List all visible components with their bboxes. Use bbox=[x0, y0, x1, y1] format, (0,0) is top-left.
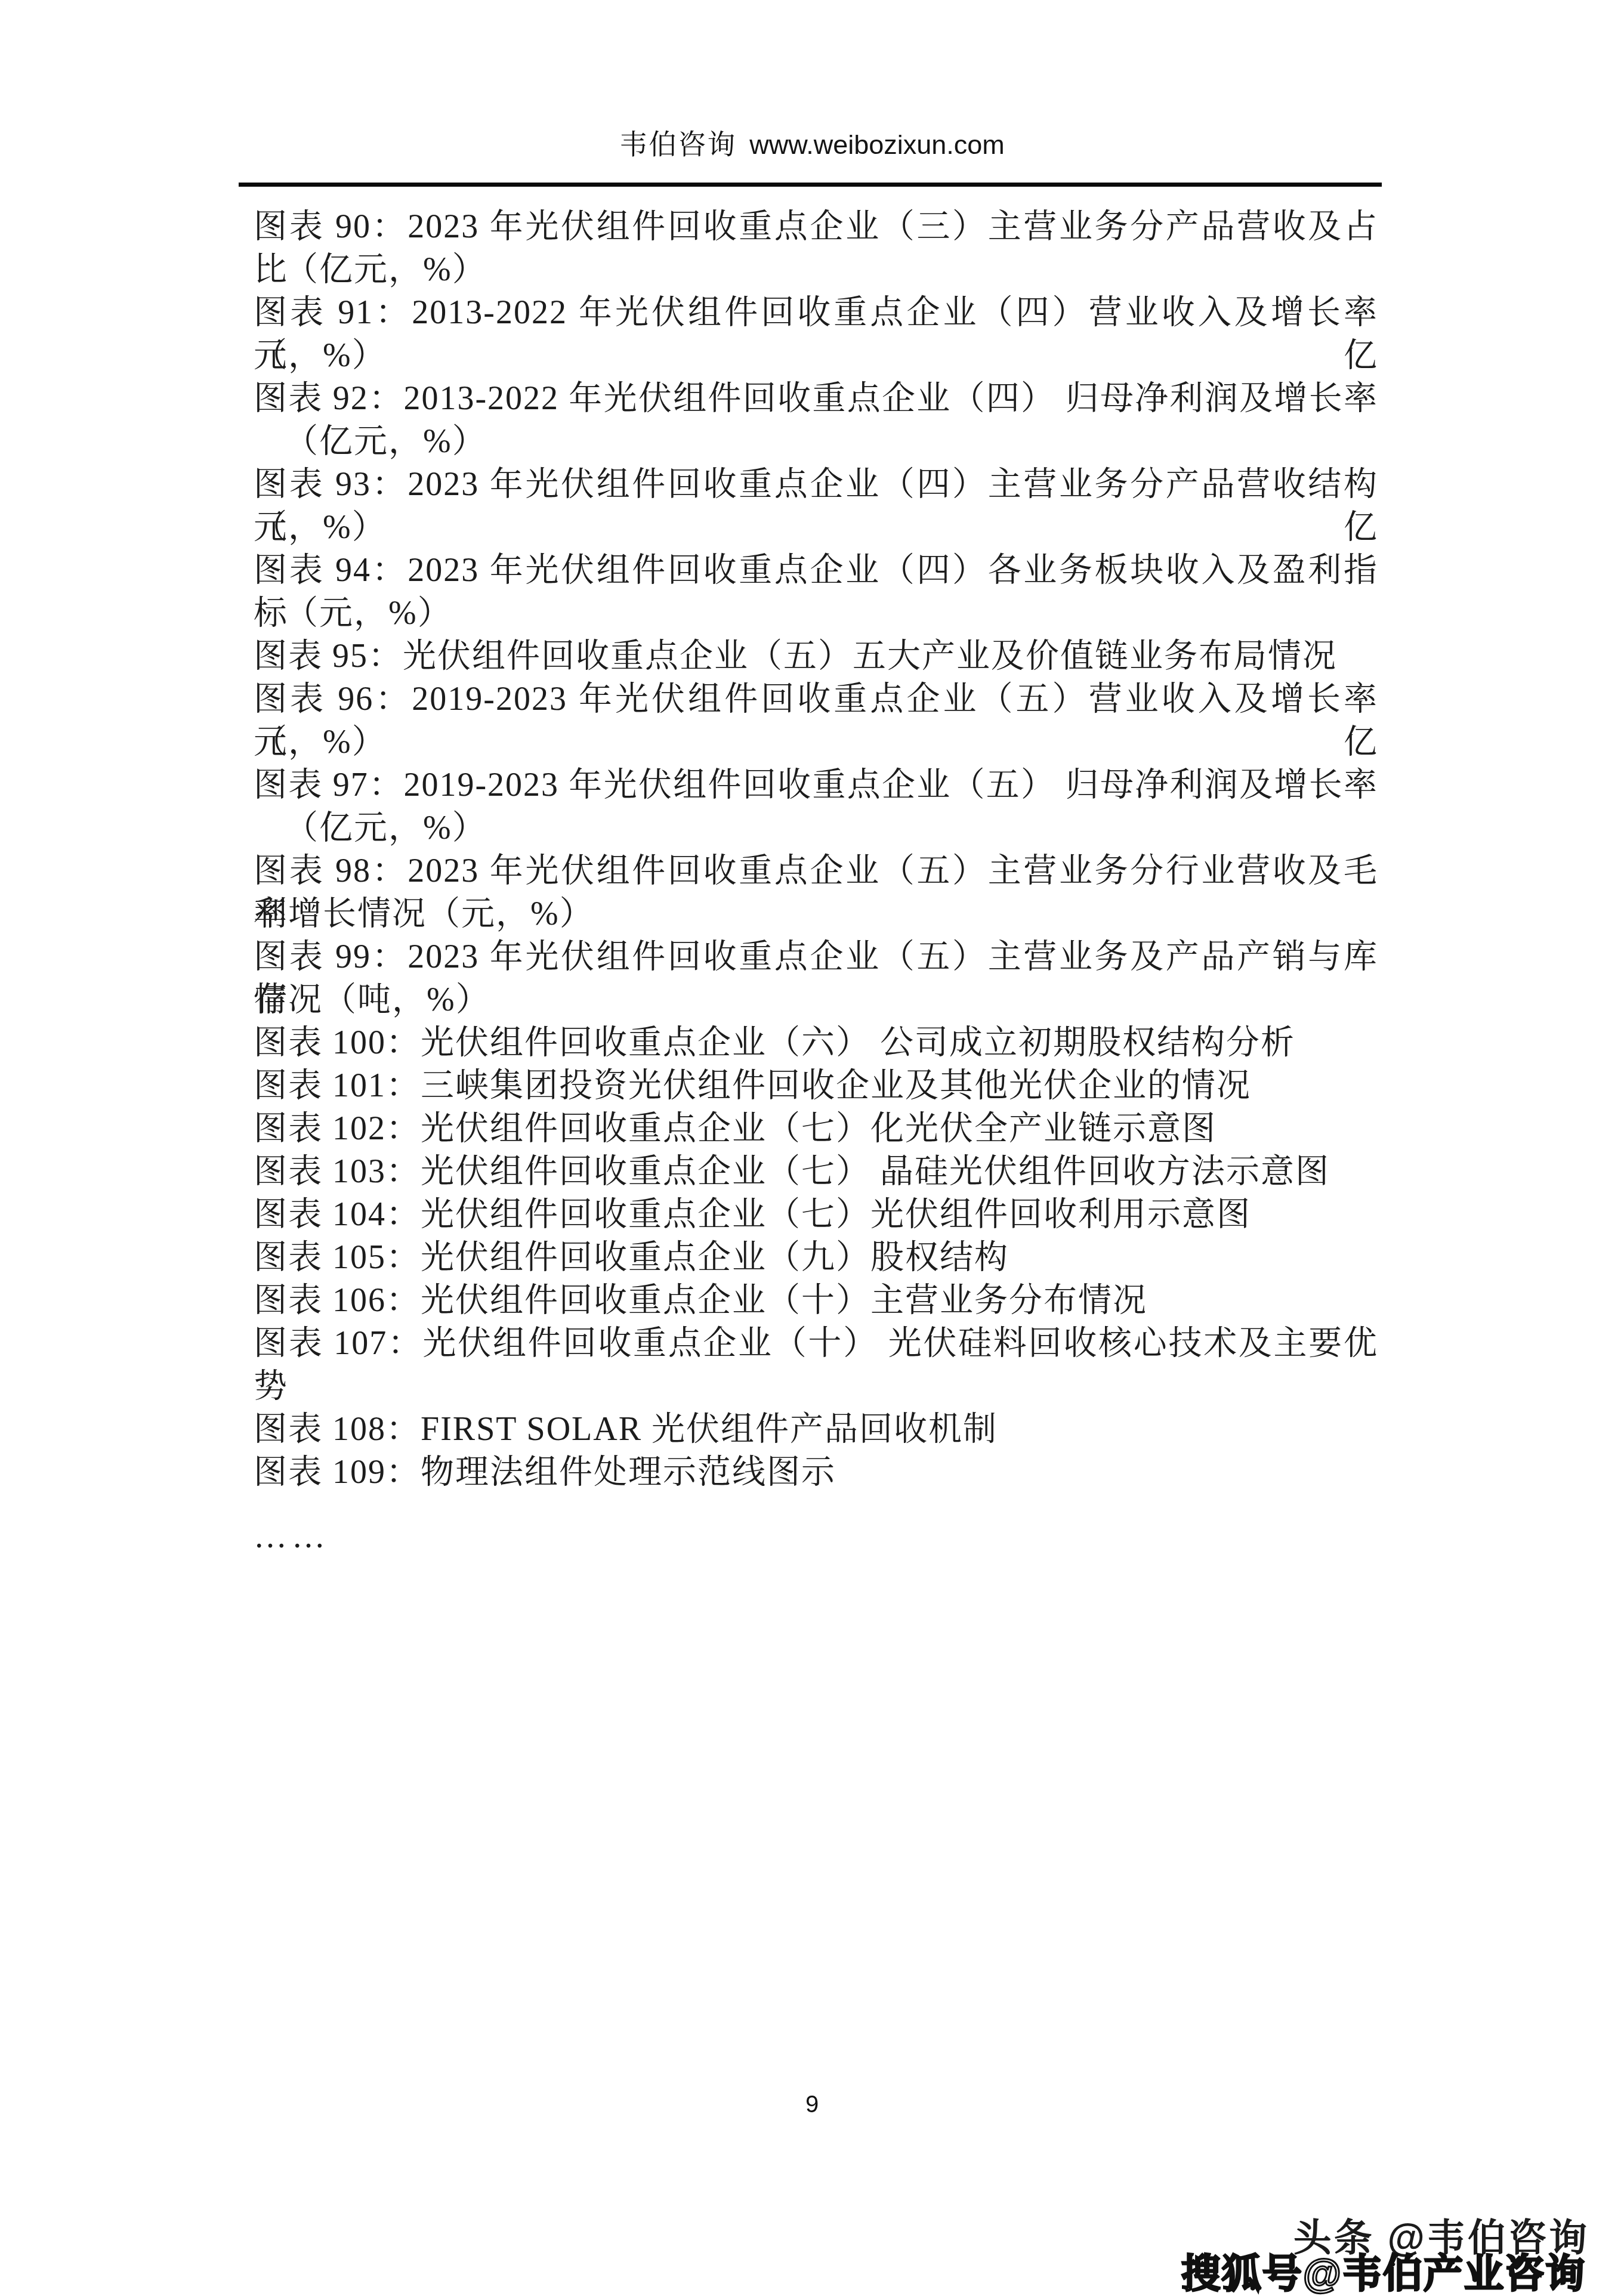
figure-line: 图表 101：三峡集团投资光伏组件回收企业及其他光伏企业的情况 bbox=[254, 1064, 1378, 1107]
figure-line: 图表 102：光伏组件回收重点企业（七）化光伏全产业链示意图 bbox=[254, 1107, 1378, 1150]
figure-line: 图表 93：2023 年光伏组件回收重点企业（四）主营业务分产品营收结构（亿 bbox=[254, 463, 1378, 506]
figure-line: 图表 107：光伏组件回收重点企业（十） 光伏硅料回收核心技术及主要优 bbox=[254, 1322, 1378, 1365]
header-divider bbox=[239, 183, 1382, 187]
figure-line: 率增长情况（元，%） bbox=[254, 892, 1378, 935]
figure-line: 图表 100：光伏组件回收重点企业（六） 公司成立初期股权结构分析 bbox=[254, 1021, 1378, 1064]
figure-line: 图表 105：光伏组件回收重点企业（九）股权结构 bbox=[254, 1236, 1378, 1279]
figure-line: 情况（吨，%） bbox=[254, 978, 1378, 1021]
figure-line: （元，%） bbox=[254, 592, 1378, 635]
figure-list: 图表 90：2023 年光伏组件回收重点企业（三）主营业务分产品营收及占比（亿元… bbox=[254, 205, 1378, 1558]
header-url: www.weibozixun.com bbox=[749, 129, 1005, 160]
figure-line: （亿元，%） bbox=[254, 248, 1378, 291]
figure-line: 图表 98：2023 年光伏组件回收重点企业（五）主营业务分行业营收及毛利 bbox=[254, 849, 1378, 892]
figure-line: 图表 103：光伏组件回收重点企业（七） 晶硅光伏组件回收方法示意图 bbox=[254, 1150, 1378, 1193]
header-brand: 韦伯咨询 bbox=[619, 122, 736, 162]
figure-line: 图表 99：2023 年光伏组件回收重点企业（五）主营业务及产品产销与库存 bbox=[254, 935, 1378, 978]
figure-line: 势 bbox=[254, 1365, 1378, 1408]
figure-line: 图表 90：2023 年光伏组件回收重点企业（三）主营业务分产品营收及占比 bbox=[254, 205, 1378, 248]
figure-line: 图表 108：FIRST SOLAR 光伏组件产品回收机制 bbox=[254, 1408, 1378, 1451]
figure-line: 图表 95：光伏组件回收重点企业（五）五大产业及价值链业务布局情况 bbox=[254, 635, 1378, 678]
page-header: 韦伯咨询 www.weibozixun.com bbox=[0, 122, 1624, 162]
figure-line: （亿元，%） bbox=[254, 420, 1378, 463]
figure-line: 图表 91：2013-2022 年光伏组件回收重点企业（四）营业收入及增长率（亿 bbox=[254, 291, 1378, 334]
figure-line: 图表 96：2019-2023 年光伏组件回收重点企业（五）营业收入及增长率（亿 bbox=[254, 678, 1378, 721]
figure-line: （亿元，%） bbox=[254, 806, 1378, 849]
figure-line: 图表 109：物理法组件处理示范线图示 bbox=[254, 1451, 1378, 1494]
figure-line: 图表 104：光伏组件回收重点企业（七）光伏组件回收利用示意图 bbox=[254, 1193, 1378, 1236]
figure-line: 图表 94：2023 年光伏组件回收重点企业（四）各业务板块收入及盈利指标 bbox=[254, 549, 1378, 592]
page-number: 9 bbox=[0, 2091, 1624, 2118]
figure-line: 图表 106：光伏组件回收重点企业（十）主营业务分布情况 bbox=[254, 1279, 1378, 1322]
figure-line: 图表 92：2013-2022 年光伏组件回收重点企业（四） 归母净利润及增长率 bbox=[254, 377, 1378, 420]
watermark-sohu: 搜狐号@韦伯产业咨询 bbox=[1181, 2242, 1586, 2296]
figure-line: 图表 97：2019-2023 年光伏组件回收重点企业（五） 归母净利润及增长率 bbox=[254, 764, 1378, 806]
ellipsis-line: …… bbox=[254, 1515, 1378, 1558]
